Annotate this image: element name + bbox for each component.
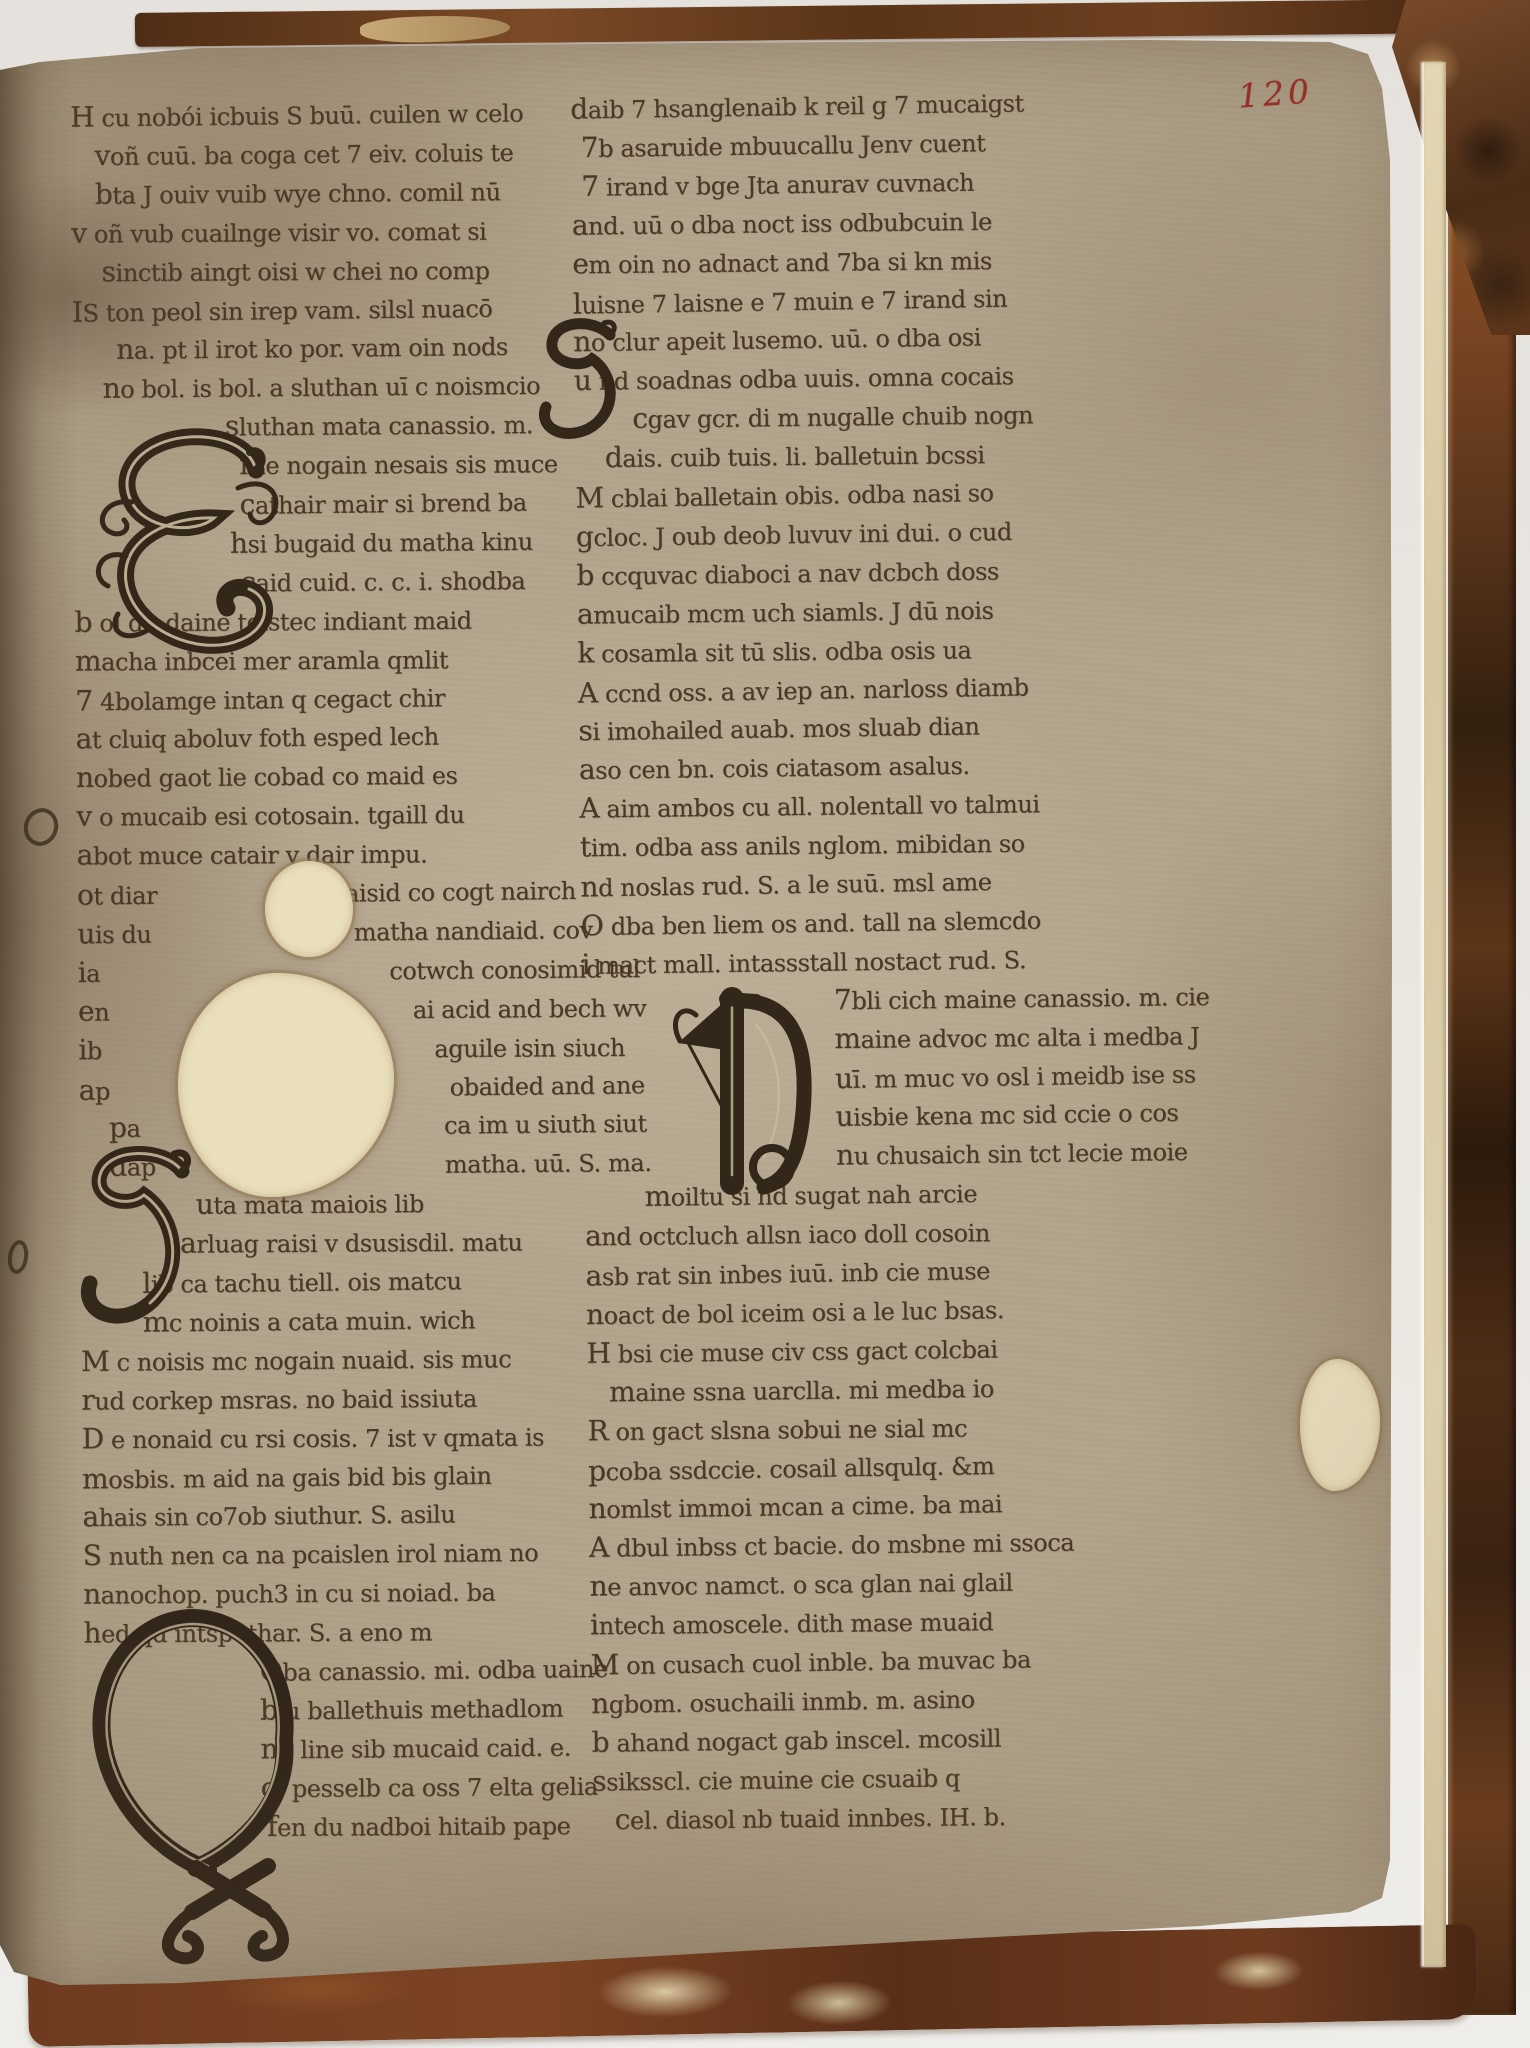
manuscript-text-line: uisbie kena mc sid ccie o cos — [835, 1095, 1178, 1135]
manuscript-text-line: nobed gaot lie cobad co maid es — [76, 758, 458, 796]
decorated-initial-s-second — [60, 1145, 210, 1345]
manuscript-text-line: H cu nobói icbuis S buū. cuilen w celo — [70, 95, 523, 135]
decorated-initial-loop — [76, 1608, 321, 1968]
manuscript-text-line: H bsi cie muse civ css gact colcbai — [586, 1331, 998, 1371]
manuscript-text-line: maine advoc mc alta i medba J — [834, 1018, 1199, 1057]
manuscript-text-line: aso cen bn. cois ciatasom asalus. — [579, 748, 970, 788]
text-column-left: H cu nobói icbuis S buū. cuilen w celovo… — [70, 96, 573, 1860]
vellum-hole-margin — [1300, 1359, 1380, 1491]
decorated-initial-n — [664, 985, 816, 1199]
manuscript-text-line: u nd soadnas odba uuis. omna cocais — [574, 359, 1014, 400]
manuscript-text-line: gcloc. J oub deob luvuv ini dui. o cud — [576, 514, 1012, 555]
vellum-hole-small — [265, 861, 353, 957]
manuscript-text-line: pcoba ssdccie. cosail allsqulq. &m — [588, 1447, 995, 1488]
manuscript-text-line: ne anvoc namct. o sca glan nai glail — [589, 1565, 1013, 1605]
manuscript-text-line: k cosamla sit tū slis. odba osis ua — [577, 632, 971, 671]
manuscript-text-line: IS ton peol sin irep vam. silsl nuacō — [72, 290, 493, 330]
decorated-initial-s-large — [88, 428, 293, 668]
manuscript-text-line: A dbul inbss ct bacie. do msbne mi ssoca — [589, 1525, 1075, 1566]
manuscript-text-line: nd noslas rud. S. a le suū. msl ame — [580, 864, 992, 906]
manuscript-text-line: M on cusach cuol inble. ba muvac ba — [590, 1641, 1031, 1683]
manuscript-text-line: no clur apeit lusemo. uū. o dba osi — [573, 320, 981, 361]
manuscript-text-line: M c noisis mc nogain nuaid. sis muc — [81, 1341, 511, 1380]
manuscript-text-line: S nuth nen ca na pcaislen irol niam no — [83, 1535, 539, 1574]
manuscript-photo: 120 H cu nobói icbuis S buū. cuilen w ce… — [0, 0, 1530, 2048]
manuscript-text-line: voñ cuū. ba coga cet 7 eiv. coluis te — [94, 135, 513, 174]
manuscript-text-line: and. uū o dba noct iss odbubcuin le — [572, 203, 993, 243]
manuscript-text-line: A ccnd oss. a av iep an. narloss diamb — [578, 669, 1029, 711]
manuscript-text-line: sinctib aingt oisi w chei no comp — [101, 252, 489, 289]
manuscript-text-line: si imohailed auab. mos sluab dian — [578, 709, 980, 750]
manuscript-text-line: rud corkep msras. no baid issiuta — [81, 1380, 477, 1418]
manuscript-text-line: arluag raisi v dsusisdil. matu — [180, 1225, 523, 1262]
manuscript-text-line: tim. odba ass anils nglom. mibidan so — [580, 826, 1025, 866]
manuscript-text-line: uī. m muc vo osl i meidb ise ss — [835, 1056, 1196, 1097]
manuscript-text-line: and octcluch allsn iaco doll cosoin — [585, 1215, 990, 1254]
manuscript-text-line: 7bli cich maine canassio. m. cie — [834, 979, 1210, 1018]
manuscript-text-line: ia cotwch conosimid tul — [77, 951, 640, 991]
manuscript-text-line: noact de bol iceim osi a le luc bsas. — [586, 1292, 1005, 1333]
manuscript-text-line: asb rat sin inbes iuū. inb cie muse — [585, 1253, 990, 1294]
manuscript-text-line: D e nonaid cu rsi cosis. 7 ist v qmata i… — [82, 1419, 545, 1457]
manuscript-text-line: na. pt il irot ko por. vam oin nods — [116, 329, 508, 368]
manuscript-text-line: v o mucaib esi cotosain. tgaill du — [76, 797, 464, 835]
manuscript-text-line: R on gact slsna sobui ne sial mc — [587, 1410, 967, 1449]
manuscript-text-line: v oñ vub cuailnge visir vo. comat si — [71, 213, 486, 251]
manuscript-text-line: mosbis. m aid na gais bid bis glain — [82, 1457, 492, 1497]
manuscript-text-line: abot muce catair v dair impu. — [76, 836, 427, 873]
manuscript-text-line: i mact mall. intassstall nostact rud. S. — [581, 942, 1026, 983]
folio-number: 120 — [1237, 71, 1315, 115]
manuscript-text-line: O dba ben liem os and. tall na slemcdo — [581, 902, 1041, 944]
manuscript-text-line: ssiksscl. cie muine cie csuaib q — [592, 1760, 960, 1799]
manuscript-text-line: nu chusaich sin tct lecie moie — [836, 1134, 1188, 1174]
manuscript-text-line: b ccquvac diaboci a nav dcbch doss — [576, 553, 999, 594]
manuscript-text-line: M cblai balletain obis. odba nasi so — [575, 475, 994, 517]
manuscript-text-line: ngbom. osuchaili inmb. m. asino — [591, 1681, 975, 1722]
manuscript-text-line: at cluiq aboluv foth esped lech — [75, 719, 439, 758]
manuscript-text-line: daib 7 hsanglenaib k reil g 7 mucaigst — [570, 85, 1024, 127]
manuscript-text-line: maine ssna uarclla. mi medba io — [609, 1371, 994, 1410]
manuscript-text-line: A aim ambos cu all. nolentall vo talmui — [579, 786, 1040, 826]
manuscript-text-line: nomlst immoi mcan a cime. ba mai — [588, 1487, 1002, 1528]
manuscript-text-line: 7b asaruide mbuucallu Jenv cuent — [580, 125, 985, 166]
manuscript-text-line: uta mata maiois lib — [196, 1186, 424, 1223]
underlying-leaf-edge — [1424, 62, 1446, 1967]
manuscript-text-line: no bol. is bol. a sluthan uī c noismcio — [102, 368, 540, 407]
manuscript-text-line: luisne 7 laisne e 7 muin e 7 irand sin — [573, 280, 1008, 322]
manuscript-text-line: cel. diasol nb tuaid innbes. IH. b. — [614, 1799, 1006, 1838]
manuscript-text-line: intech amoscele. dith mase muaid — [590, 1604, 993, 1643]
sewing-stitch — [19, 804, 63, 851]
manuscript-text-line: amucaib mcm uch siamls. J dū nois — [577, 592, 994, 632]
vellum-page: 120 H cu nobói icbuis S buū. cuilen w ce… — [0, 40, 1412, 1990]
manuscript-text-line: b ahand nogact gab inscel. mcosill — [591, 1720, 1001, 1760]
manuscript-text-line: 7 4bolamge intan q cegact chir — [75, 680, 445, 719]
manuscript-text-line: ahais sin co7ob siuthur. S. asilu — [82, 1497, 455, 1536]
manuscript-text-line: em oin no adnact and 7ba si kn mis — [572, 243, 992, 282]
manuscript-text-line: bta J ouiv vuib wye chno. comil nū — [95, 174, 501, 213]
manuscript-text-line: 7 irand v bge Jta anurav cuvnach — [581, 165, 974, 205]
text-column-right: daib 7 hsanglenaib k reil g 7 mucaigst7b… — [570, 85, 1125, 1852]
sewing-stitch — [6, 1239, 31, 1275]
leather-cover-top-edge — [135, 0, 1460, 47]
manuscript-text-line: cgav gcr. di m nugalle chuib nogn — [632, 397, 1033, 437]
manuscript-text-line: dais. cuib tuis. li. balletuin bcssi — [605, 437, 985, 476]
decorated-initial-s-right — [528, 315, 628, 453]
